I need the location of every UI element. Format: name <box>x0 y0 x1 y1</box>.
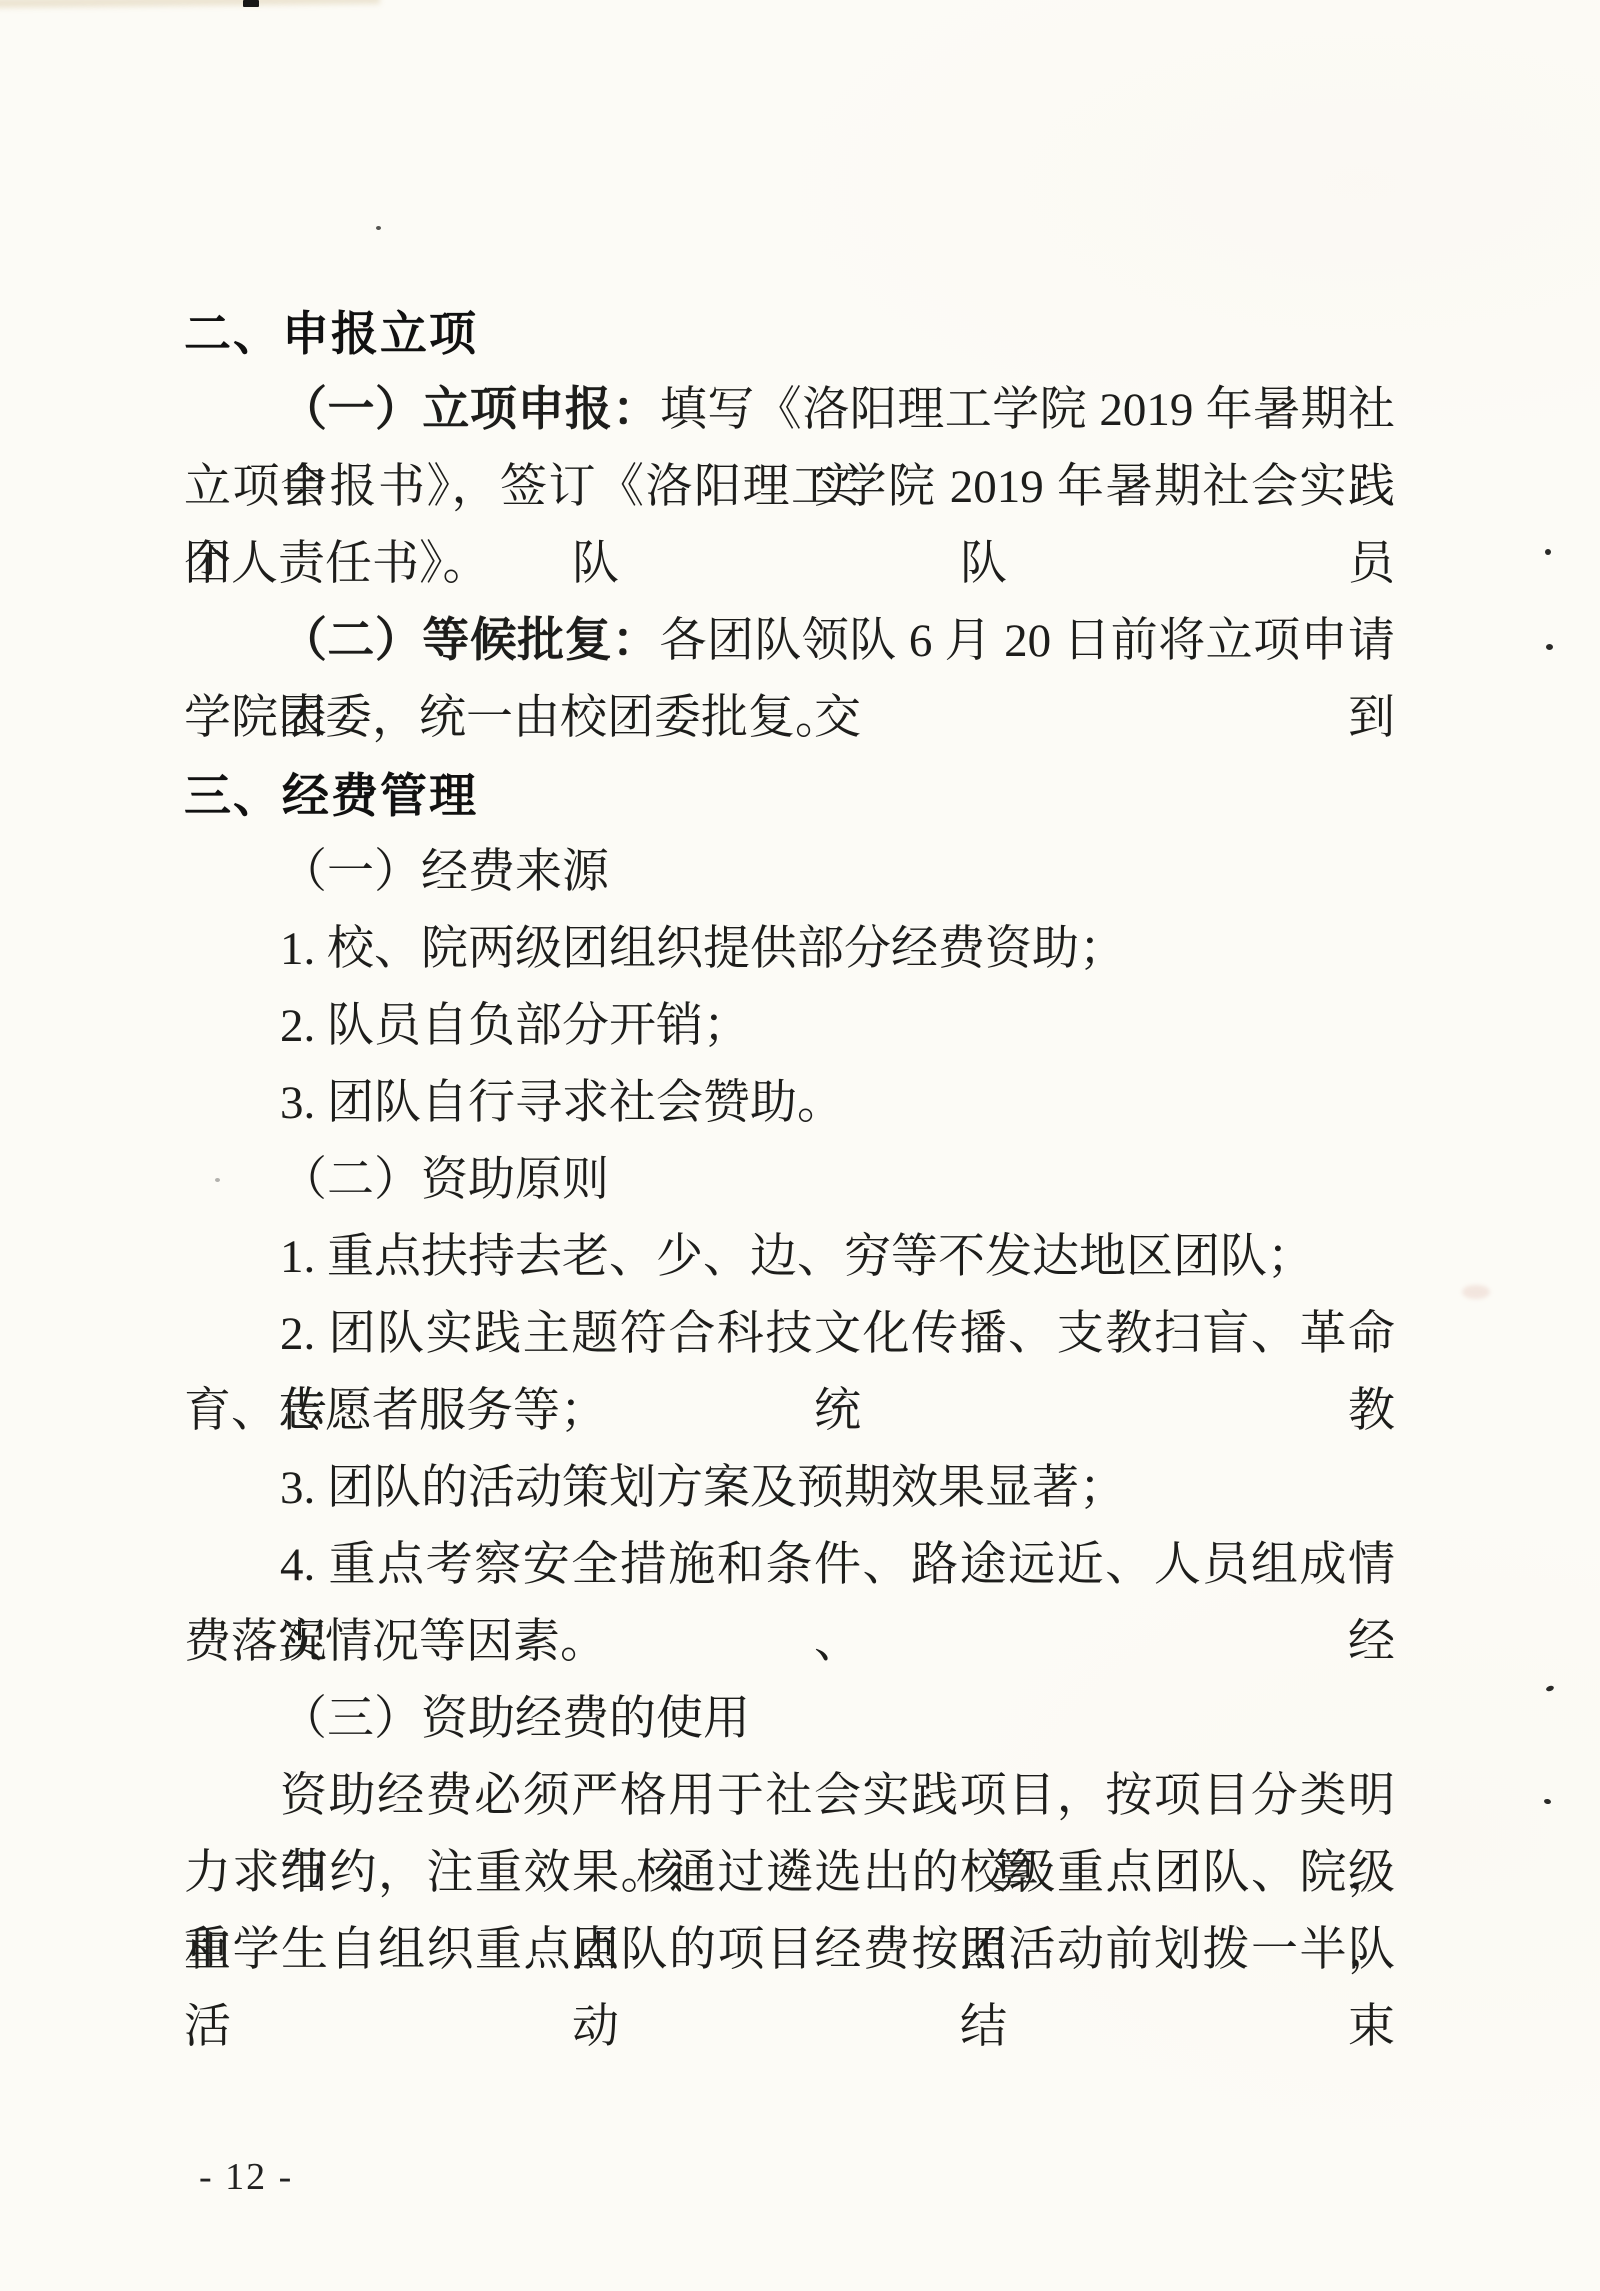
text-line-lead: （二）等候批复： <box>280 615 660 667</box>
text-line: 资助经费必须严格用于社会实践项目，按项目分类明细核算， <box>184 1758 1395 1835</box>
text-line: 立项申报书》，签订《洛阳理工学院 2019 年暑期社会实践团队队员 <box>184 449 1395 526</box>
list-item: 2. 队员自负部分开销； <box>184 988 1395 1065</box>
page-number: - 12 - <box>199 2153 293 2201</box>
text-line: 力求节约，注重效果。通过遴选出的校级重点团队、院级重点团队 <box>184 1835 1395 1912</box>
scan-speck <box>1545 549 1551 555</box>
scan-speck <box>1546 644 1553 650</box>
list-item: 3. 团队的活动策划方案及预期效果显著； <box>184 1450 1395 1527</box>
scan-edge-tick <box>243 0 259 7</box>
scan-smudge <box>1462 1285 1490 1299</box>
list-item: 2. 团队实践主题符合科技文化传播、支教扫盲、革命传统教 <box>184 1296 1395 1373</box>
scan-speck <box>1545 1685 1554 1692</box>
list-item: 4. 重点考察安全措施和条件、路途远近、人员组成情况、经 <box>184 1527 1395 1604</box>
subsection-heading: （三）资助经费的使用 <box>184 1681 1395 1758</box>
section-heading: 三、经费管理 <box>184 757 1395 834</box>
scan-speck <box>376 226 381 230</box>
scan-speck <box>1544 1798 1552 1804</box>
list-item: 1. 重点扶持去老、少、边、穷等不发达地区团队； <box>184 1219 1395 1296</box>
section-heading: 二、申报立项 <box>184 295 1395 372</box>
list-item: 1. 校、院两级团组织提供部分经费资助； <box>184 911 1395 988</box>
document-page: 二、申报立项 （一）立项申报：填写《洛阳理工学院 2019 年暑期社会实践 立项… <box>0 0 1600 2291</box>
text-line: （一）立项申报：填写《洛阳理工学院 2019 年暑期社会实践 <box>184 372 1395 449</box>
subsection-heading: （一）经费来源 <box>184 834 1395 911</box>
document-body: 二、申报立项 （一）立项申报：填写《洛阳理工学院 2019 年暑期社会实践 立项… <box>184 295 1395 1989</box>
text-line: 和学生自组织重点团队的项目经费按照活动前划拨一半，活动结束 <box>184 1912 1395 1989</box>
text-line: （二）等候批复：各团队领队 6 月 20 日前将立项申请表交到 <box>184 603 1395 680</box>
text-line-lead: （一）立项申报： <box>280 384 660 436</box>
scan-edge-smudge <box>0 0 380 8</box>
list-item: 3. 团队自行寻求社会赞助。 <box>184 1065 1395 1142</box>
subsection-heading: （二）资助原则 <box>184 1142 1395 1219</box>
